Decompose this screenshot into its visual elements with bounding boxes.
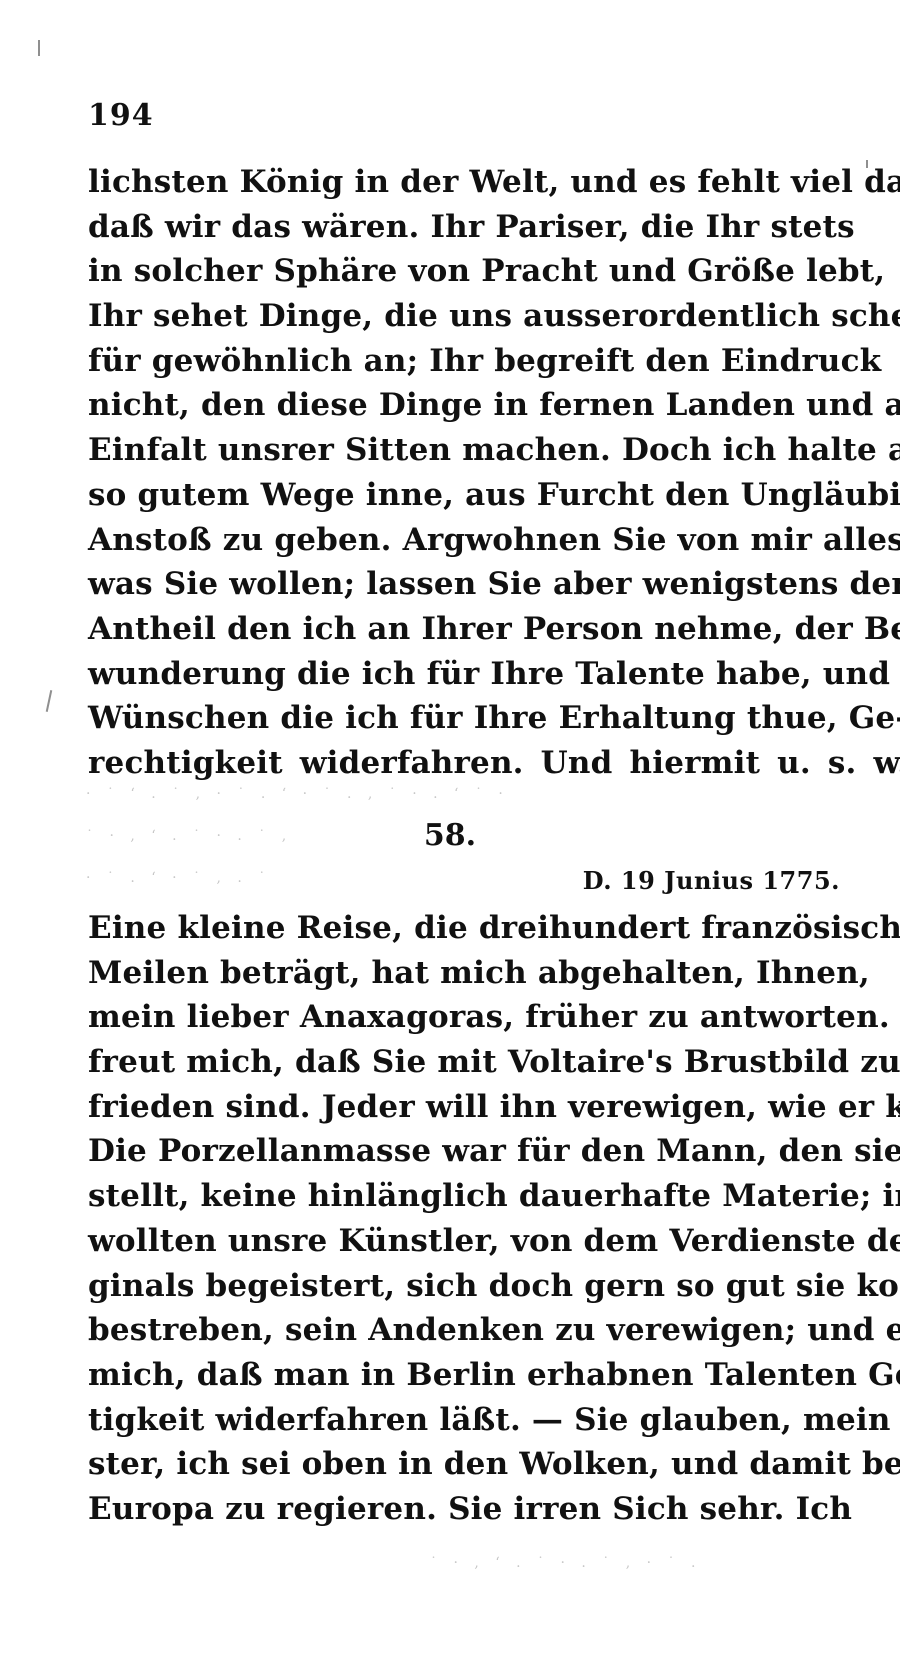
text-line: mich, daß man in Berlin erhabnen Talente…: [88, 1353, 836, 1398]
scan-speck: [46, 690, 53, 712]
scan-speck: [866, 160, 868, 168]
text-line: wunderung die ich für Ihre Talente habe,…: [88, 652, 836, 697]
text-line: Die Porzellanmasse war für den Mann, den…: [88, 1129, 836, 1174]
text-line: ster, ich sei oben in den Wolken, und da…: [88, 1442, 836, 1487]
text-line: mein lieber Anaxagoras, früher zu antwor…: [88, 995, 836, 1040]
letter-date: D. 19 Junius 1775.: [583, 866, 840, 895]
book-page: 194 lichsten König in der Welt, und es f…: [0, 0, 900, 1669]
text-line: stellt, keine hinlänglich dauerhafte Mat…: [88, 1174, 836, 1219]
page-number: 194: [88, 98, 154, 133]
text-line: lichsten König in der Welt, und es fehlt…: [88, 160, 836, 205]
text-line: was Sie wollen; lassen Sie aber wenigste…: [88, 562, 836, 607]
text-line: in solcher Sphäre von Pracht und Größe l…: [88, 249, 836, 294]
scan-speck: [38, 40, 40, 56]
bleed-through-noise: ˙ · , ʻ . ˙ · . ˙ , · ˙ .: [430, 1555, 701, 1571]
text-line: Meilen beträgt, hat mich abgehalten, Ihn…: [88, 951, 836, 996]
text-line: nicht, den diese Dinge in fernen Landen …: [88, 383, 836, 428]
text-line: Wünschen die ich für Ihre Erhaltung thue…: [88, 696, 836, 741]
text-line: ginals begeistert, sich doch gern so gut…: [88, 1264, 836, 1309]
bleed-through-noise: · ˙ ʻ . ˙ , · ˙ . ʻ · ˙ . , ˙ · . ʻ ˙ ·: [86, 786, 509, 802]
text-line: freut mich, daß Sie mit Voltaire's Brust…: [88, 1040, 836, 1085]
text-line: rechtigkeit widerfahren. Und hiermit u. …: [88, 741, 836, 786]
text-line: wollten unsre Künstler, von dem Verdiens…: [88, 1219, 836, 1264]
text-line: Einfalt unsrer Sitten machen. Doch ich h…: [88, 428, 836, 473]
text-line-first: Eine kleine Reise, die dreihundert franz…: [88, 906, 836, 951]
text-line: bestreben, sein Andenken zu verewigen; u…: [88, 1308, 836, 1353]
text-line: Anstoß zu geben. Argwohnen Sie von mir a…: [88, 518, 836, 563]
text-line: Ihr sehet Dinge, die uns ausserordentlic…: [88, 294, 836, 339]
bleed-through-noise: · ˙ . ʻ · ˙ , . ˙: [86, 870, 271, 886]
text-line: Antheil den ich an Ihrer Person nehme, d…: [88, 607, 836, 652]
text-line: so gutem Wege inne, aus Furcht den Unglä…: [88, 473, 836, 518]
text-line: frieden sind. Jeder will ihn verewigen, …: [88, 1085, 836, 1130]
letter-58-body: Eine kleine Reise, die dreihundert franz…: [88, 906, 836, 1532]
text-line: für gewöhnlich an; Ihr begreift den Eind…: [88, 339, 836, 384]
letter-57-ending: lichsten König in der Welt, und es fehlt…: [88, 160, 836, 786]
letter-number-heading: 58.: [0, 818, 900, 853]
text-line: tigkeit widerfahren läßt. — Sie glauben,…: [88, 1398, 836, 1443]
text-line: daß wir das wären. Ihr Pariser, die Ihr …: [88, 205, 836, 250]
text-line: Europa zu regieren. Sie irren Sich sehr.…: [88, 1487, 836, 1532]
